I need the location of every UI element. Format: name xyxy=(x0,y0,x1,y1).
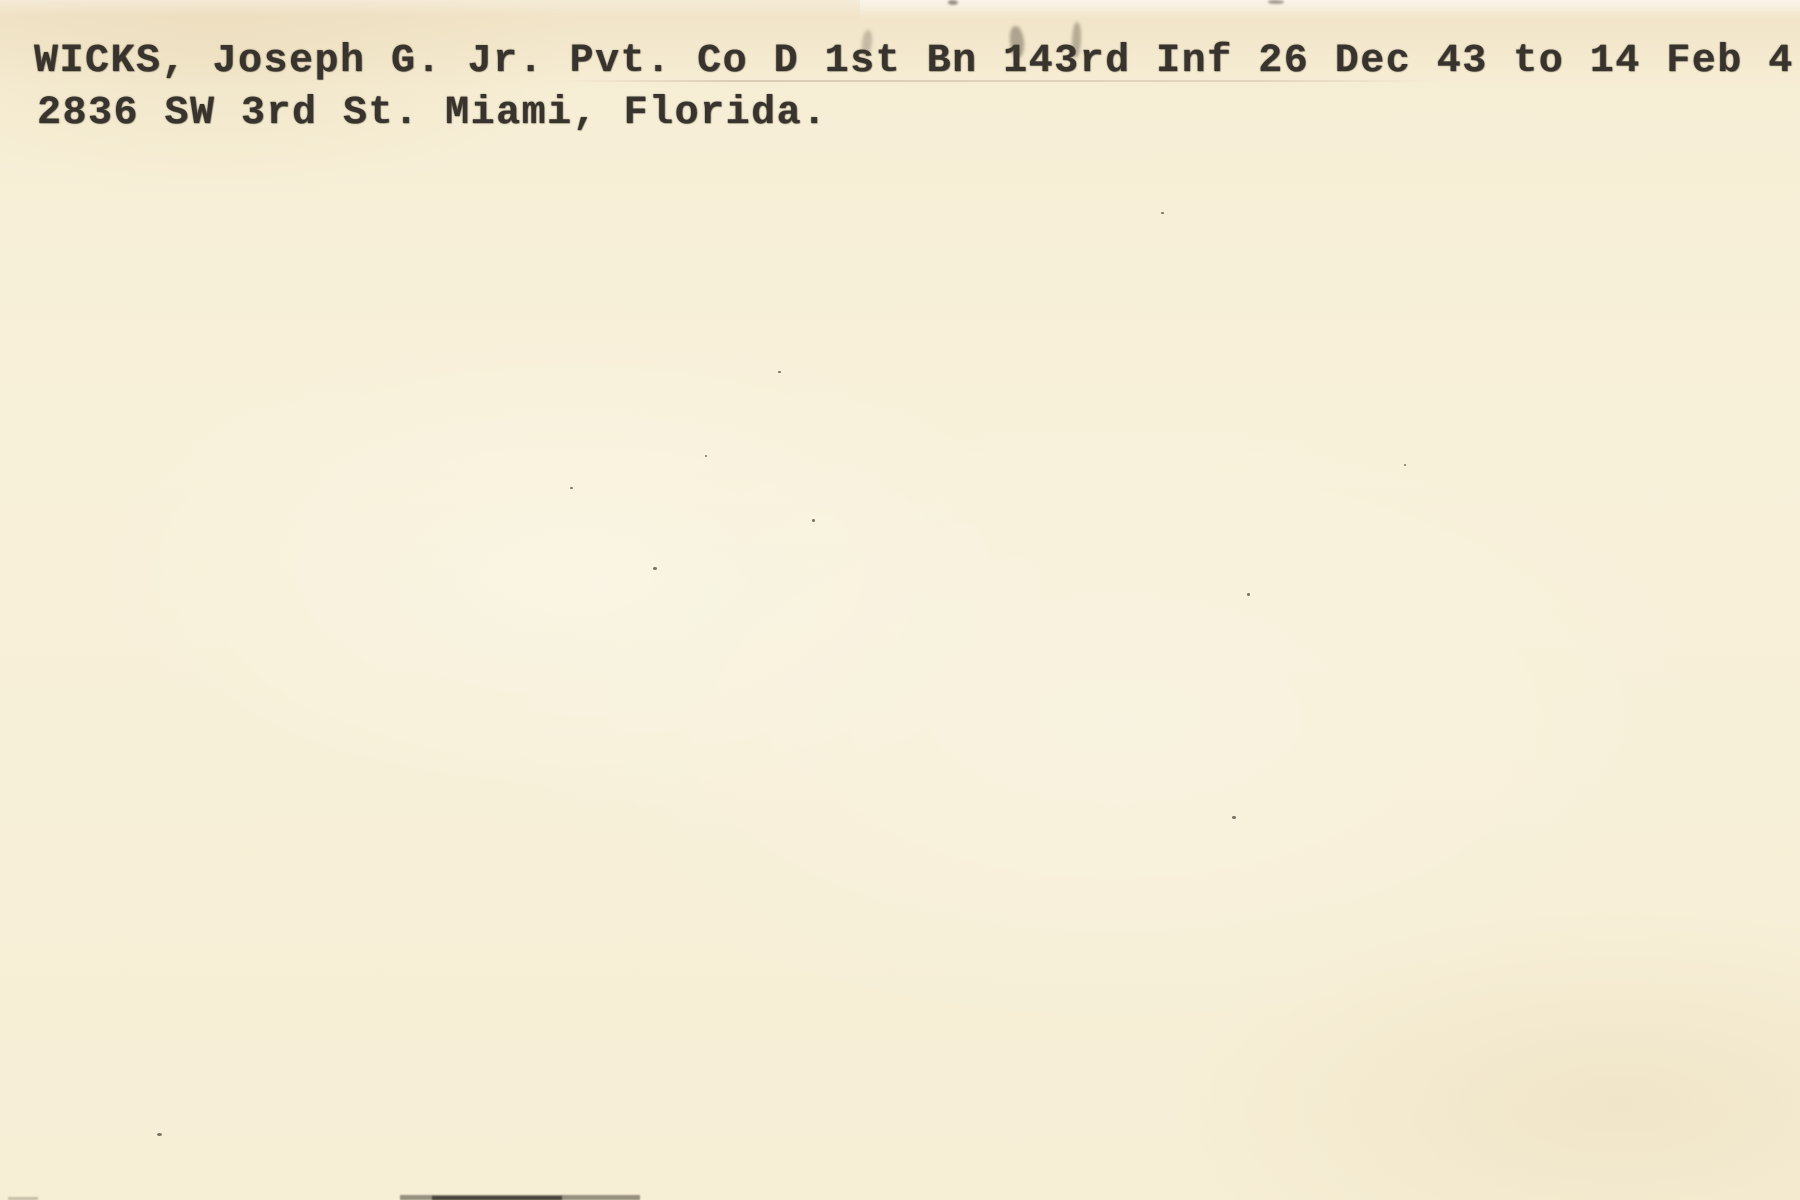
paper-speck xyxy=(705,455,707,457)
paper-speck xyxy=(570,487,573,489)
paper-speck xyxy=(1232,816,1236,819)
typed-line-service-record: WICKS, Joseph G. Jr. Pvt. Co D 1st Bn 14… xyxy=(34,42,1794,82)
paper-speck xyxy=(1404,464,1406,466)
scan-line-artifact xyxy=(560,80,1440,82)
paper-speck xyxy=(157,1133,162,1136)
scanned-index-card: WICKS, Joseph G. Jr. Pvt. Co D 1st Bn 14… xyxy=(0,0,1800,1200)
paper-speck xyxy=(1161,212,1164,214)
scan-top-edge-highlight-right xyxy=(860,0,1800,20)
ink-smudge xyxy=(948,0,958,5)
typed-line-address: 2836 SW 3rd St. Miami, Florida. xyxy=(37,94,828,134)
paper-speck xyxy=(653,567,657,570)
paper-speck xyxy=(778,371,781,373)
paper-speck xyxy=(812,519,815,522)
ink-smudge xyxy=(1268,0,1284,4)
cutoff-text-fragment xyxy=(432,1196,562,1200)
paper-speck xyxy=(1247,593,1250,596)
